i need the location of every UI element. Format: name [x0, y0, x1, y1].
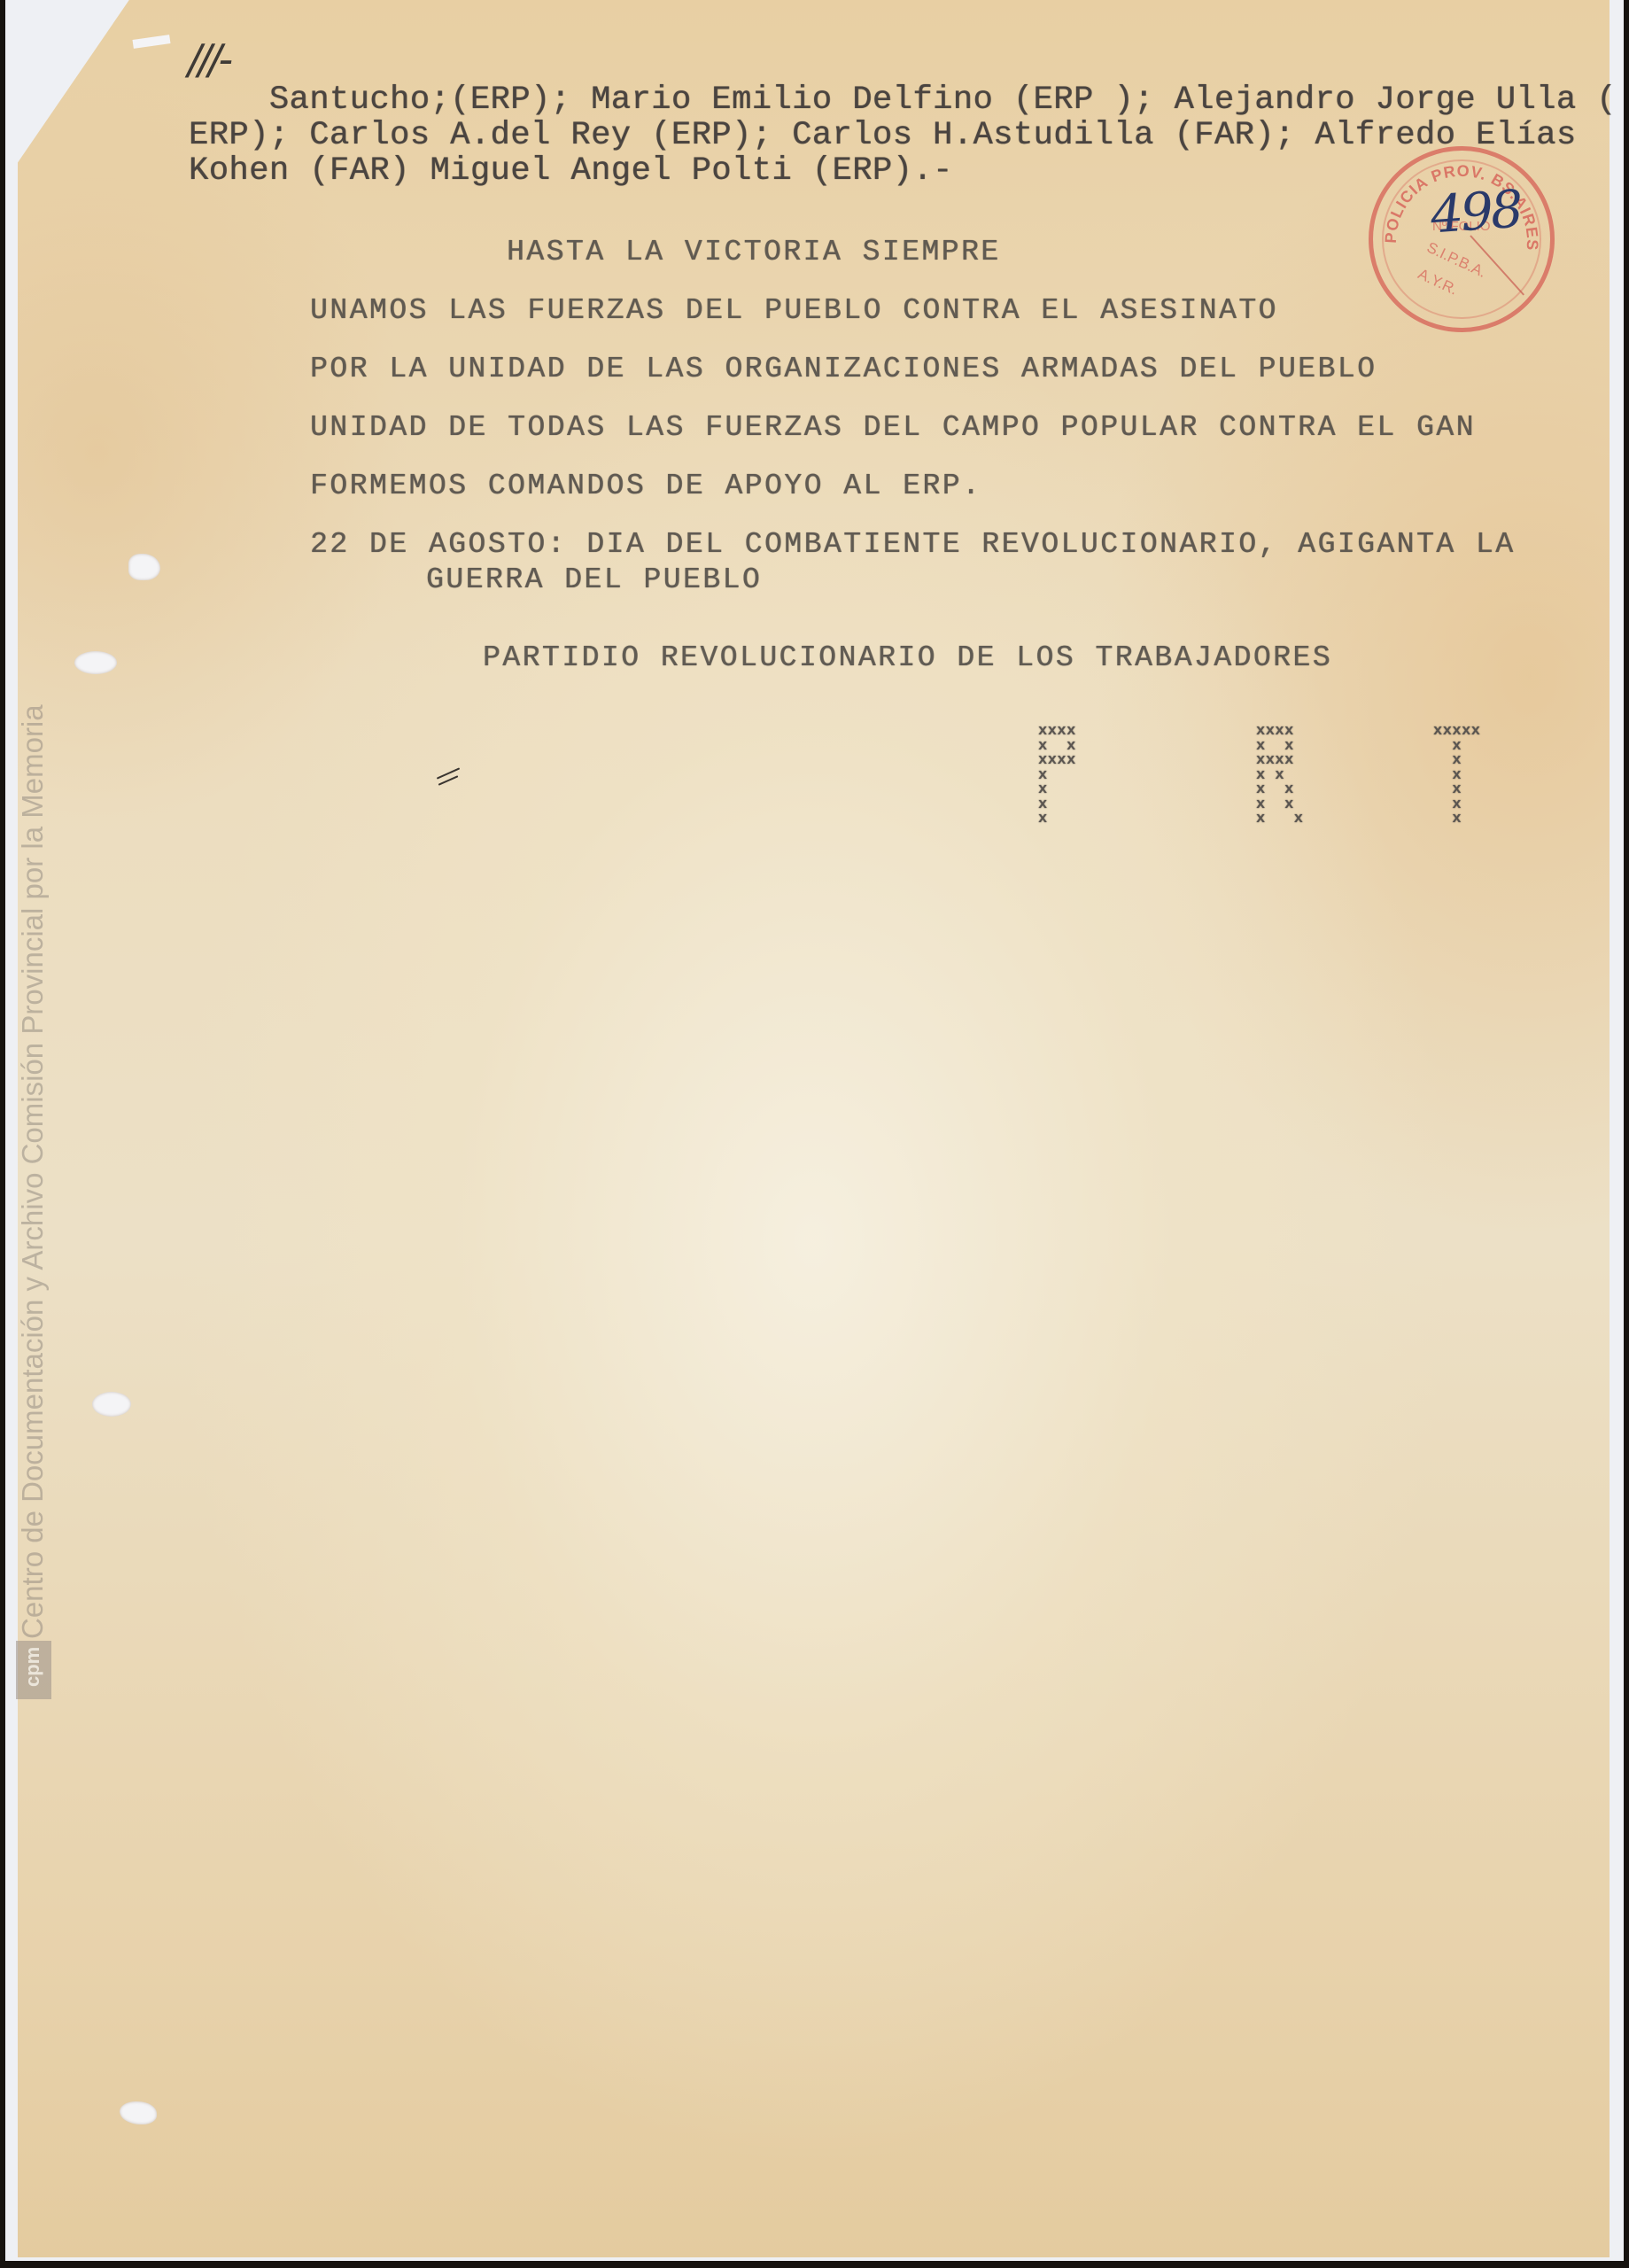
typed-logo-letter-p: xxxx x x xxxx x x x x [1038, 725, 1076, 827]
cpm-badge: cpm [16, 1641, 51, 1699]
punch-hole-3 [92, 1392, 131, 1417]
folio-number: 498 [1429, 179, 1523, 245]
date-slogan-line-1: 22 DE AGOSTO: DIA DEL COMBATIENTE REVOLU… [310, 528, 1516, 561]
page-continuation-mark: ///- [188, 35, 229, 83]
punch-hole-1 [128, 554, 160, 580]
cpm-badge-label: cpm [21, 1647, 44, 1687]
names-line-1: Santucho;(ERP); Mario Emilio Delfino (ER… [189, 82, 1617, 119]
signature-line: PARTIDIO REVOLUCIONARIO DE LOS TRABAJADO… [483, 641, 1332, 674]
slogan-line-4: FORMEMOS COMANDOS DE APOYO AL ERP. [310, 470, 981, 502]
slogan-line-3: UNIDAD DE TODAS LAS FUERZAS DEL CAMPO PO… [310, 411, 1476, 444]
archive-watermark: Centro de Documentación y Archivo Comisi… [16, 704, 50, 1639]
slogan-heading: HASTA LA VICTORIA SIEMPRE [507, 236, 1001, 268]
slogan-line-1: UNAMOS LAS FUERZAS DEL PUEBLO CONTRA EL … [310, 294, 1278, 327]
typed-logo-letter-t: xxxxx x x x x x x [1433, 725, 1481, 827]
typed-logo-letter-r: xxxx x x xxxx x x x x x x x x [1256, 725, 1304, 827]
paper-sheet [18, 0, 1610, 2257]
slogan-line-2: POR LA UNIDAD DE LAS ORGANIZACIONES ARMA… [310, 353, 1377, 385]
punch-hole-2 [74, 651, 117, 674]
svg-text:A.Y.R.: A.Y.R. [1416, 266, 1461, 299]
date-slogan-line-2: GUERRA DEL PUEBLO [426, 563, 762, 596]
names-line-3: Kohen (FAR) Miguel Angel Polti (ERP).- [189, 152, 953, 190]
